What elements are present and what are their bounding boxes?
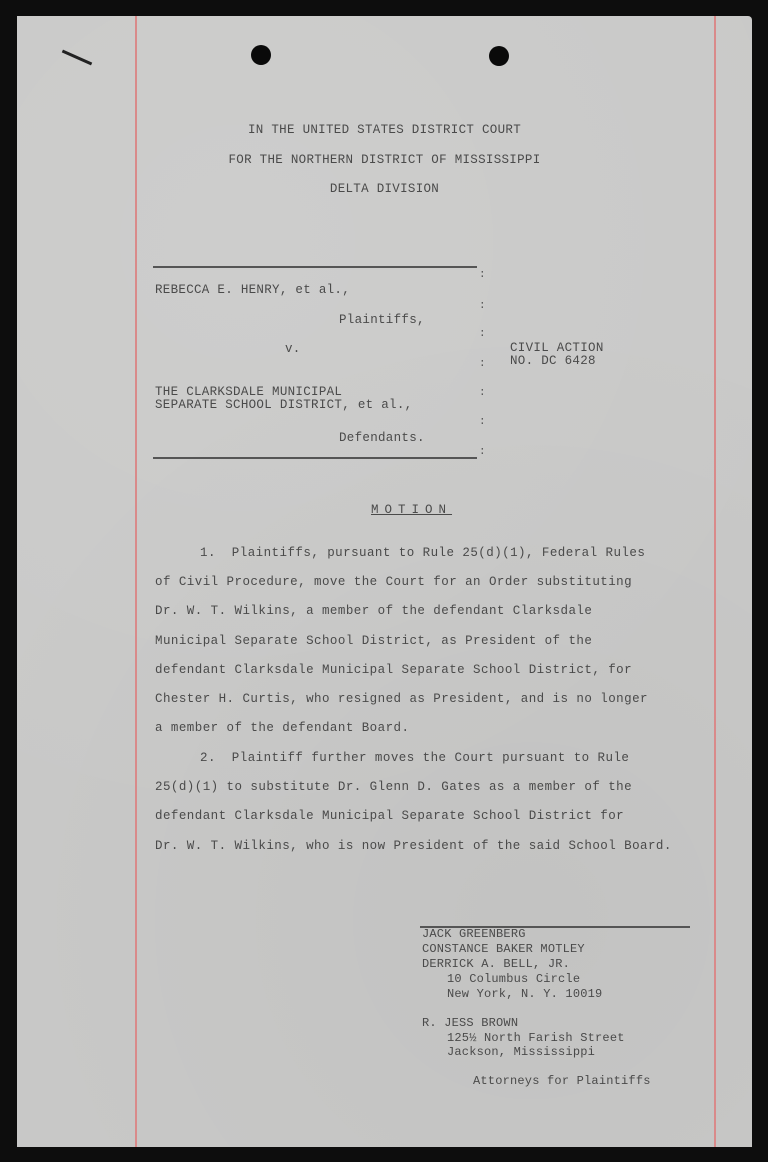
caption-bottom-rule xyxy=(153,457,477,459)
case-number: NO. DC 6428 xyxy=(510,355,596,368)
paragraph2-line: 25(d)(1) to substitute Dr. Glenn D. Gate… xyxy=(155,780,632,794)
caption-colon: : xyxy=(479,300,486,312)
court-header-line3: DELTA DIVISION xyxy=(17,182,752,196)
attorney-name: CONSTANCE BAKER MOTLEY xyxy=(422,942,585,956)
defendant-name-line2: SEPARATE SCHOOL DISTRICT, et al., xyxy=(155,399,412,412)
punch-hole-right xyxy=(489,46,509,66)
punch-hole-left xyxy=(251,45,271,65)
attorney-name: JACK GREENBERG xyxy=(422,927,526,941)
attorney-name: R. JESS BROWN xyxy=(422,1016,518,1030)
attorney-address: 125½ North Farish Street xyxy=(447,1031,625,1045)
caption-colon: : xyxy=(479,446,486,458)
attorney-address: New York, N. Y. 10019 xyxy=(447,987,602,1001)
caption-colon: : xyxy=(479,328,486,340)
attorney-role: Attorneys for Plaintiffs xyxy=(473,1074,651,1088)
motion-title: MOTION xyxy=(371,503,452,517)
court-header-line1: IN THE UNITED STATES DISTRICT COURT xyxy=(17,123,752,137)
caption-colon: : xyxy=(479,269,486,281)
versus: v. xyxy=(285,342,301,356)
paragraph2-line: Dr. W. T. Wilkins, who is now President … xyxy=(155,839,672,853)
document-page: IN THE UNITED STATES DISTRICT COURT FOR … xyxy=(17,16,752,1147)
paragraph1-line: Chester H. Curtis, who resigned as Presi… xyxy=(155,692,648,706)
court-header-line2: FOR THE NORTHERN DISTRICT OF MISSISSIPPI xyxy=(17,153,752,167)
plaintiff-role: Plaintiffs, xyxy=(339,313,425,327)
attorney-address: 10 Columbus Circle xyxy=(447,972,580,986)
paragraph1-line: a member of the defendant Board. xyxy=(155,721,409,735)
paragraph1-line: Municipal Separate School District, as P… xyxy=(155,634,592,648)
paragraph2-line: 2. Plaintiff further moves the Court pur… xyxy=(200,751,629,765)
paragraph1-line: 1. Plaintiffs, pursuant to Rule 25(d)(1)… xyxy=(200,546,645,560)
attorney-name: DERRICK A. BELL, JR. xyxy=(422,957,570,971)
caption-colon: : xyxy=(479,387,486,399)
paragraph1-line: defendant Clarksdale Municipal Separate … xyxy=(155,663,632,677)
paragraph1-line: Dr. W. T. Wilkins, a member of the defen… xyxy=(155,604,592,618)
caption-colon: : xyxy=(479,358,486,370)
caption-colon: : xyxy=(479,416,486,428)
plaintiff-name: REBECCA E. HENRY, et al., xyxy=(155,283,350,297)
defendant-role: Defendants. xyxy=(339,431,425,445)
caption-top-rule xyxy=(153,266,477,268)
attorney-address: Jackson, Mississippi xyxy=(447,1045,595,1059)
ink-mark xyxy=(62,50,92,66)
paragraph1-line: of Civil Procedure, move the Court for a… xyxy=(155,575,632,589)
paragraph2-line: defendant Clarksdale Municipal Separate … xyxy=(155,809,624,823)
